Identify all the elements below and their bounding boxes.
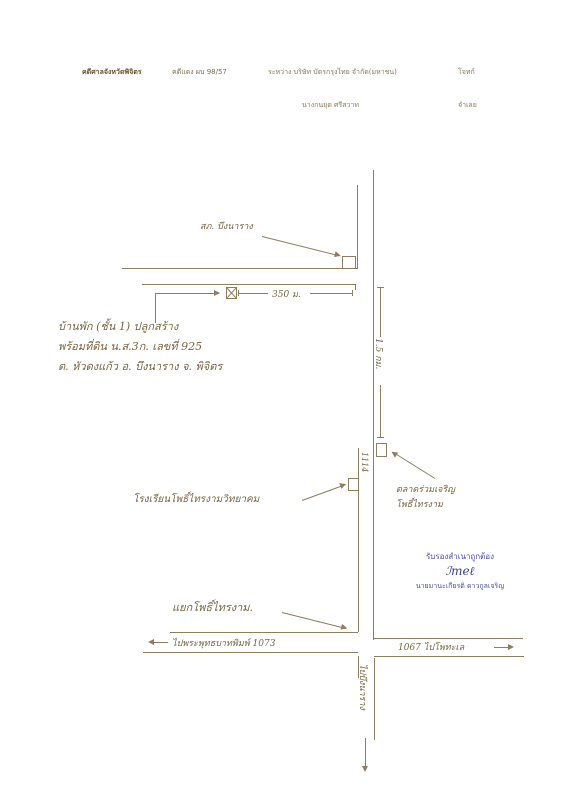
road-down-label: ไปบึงนาราง — [356, 664, 370, 710]
house-pointer-arrow-icon — [155, 293, 219, 294]
junction-label: แยกโพธิ์ไทรงาม. — [172, 598, 253, 616]
cross-road-right-upper-edge — [373, 638, 523, 639]
road-right-label: 1067 ไปโพทะเล — [398, 640, 464, 654]
police-station-label: สภ. บึงนาราง — [200, 219, 253, 233]
house-cross-icon — [227, 288, 236, 298]
main-road-left-edge-upper — [357, 185, 358, 269]
down-road-right-edge — [374, 658, 375, 740]
market-marker — [376, 443, 387, 457]
school-arrow-icon — [302, 484, 346, 501]
road-left-label: ไปพระพุทธบาทพิมพ์ 1073 — [172, 636, 275, 650]
house-distance-label: 350 ม. — [272, 287, 301, 301]
certification-stamp: รับรองสำเนาถูกต้อง ℐmeℓ นายมานะเกียรติ ด… — [400, 550, 520, 592]
case-parties: ระหว่าง บริษัท บัตรกรุงไทย จำกัด(มหาชน) — [268, 67, 397, 78]
school-marker — [348, 478, 359, 491]
cross-road-left-upper-edge — [170, 632, 358, 633]
junction-arrow-icon — [282, 612, 346, 629]
police-station-arrow-icon — [262, 236, 340, 256]
market-arrow-icon — [392, 452, 435, 479]
down-arrowhead-icon — [362, 766, 368, 772]
signature: ℐmeℓ — [400, 564, 520, 579]
house-desc-line-1: บ้านพัก (ชั้น 1) ปลูกสร้าง — [58, 317, 222, 337]
signer-name: นายมานะเกียรติ ดาวกูลเจริญ — [400, 581, 520, 592]
certify-text: รับรองสำเนาถูกต้อง — [400, 550, 520, 563]
road-distance-label: 1.5 กม. — [372, 338, 386, 369]
side-road-top-edge — [122, 268, 358, 269]
house-marker — [226, 287, 237, 299]
house-desc-line-3: ต. หัวดงแก้ว อ. บึงนาราง จ. พิจิตร — [58, 357, 222, 377]
house-desc-line-2: พร้อมที่ดิน น.ส.3ก. เลขที่ 925 — [58, 337, 222, 357]
side-road-bottom-edge — [142, 284, 356, 285]
route-number-label: 1114 — [360, 452, 369, 472]
right-arrowhead-icon — [508, 644, 514, 650]
case-number: คดีแดง ผบ 98/57 — [172, 67, 227, 78]
defendant-name: นางกนยุต ศรีสวาท — [302, 100, 359, 111]
plaintiff-label: โจทก์ — [458, 67, 475, 78]
cross-road-right-lower-edge — [374, 656, 524, 657]
school-label: โรงเรียนโพธิ์ไทรงามวิทยาคม — [133, 492, 259, 507]
case-court: คดีศาลจังหวัดพิจิตร — [82, 67, 142, 78]
main-road-right-edge — [373, 170, 374, 640]
defendant-label: จำเลย — [458, 100, 477, 111]
main-road-left-edge-lower — [358, 448, 359, 632]
house-description: บ้านพัก (ชั้น 1) ปลูกสร้าง พร้อมที่ดิน น… — [58, 317, 222, 377]
cross-road-left-lower-edge — [143, 652, 358, 653]
police-station-marker — [342, 256, 356, 269]
market-label: ตลาดร่วมเจริญ โพธิ์ไทรงาม — [396, 483, 455, 513]
